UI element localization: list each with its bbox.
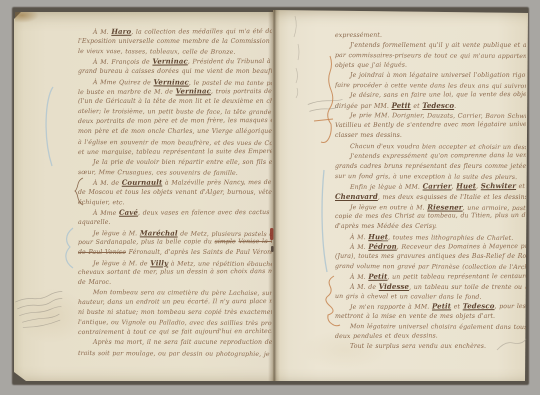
dark-speck — [271, 246, 274, 252]
pencil-note-illegible — [308, 99, 344, 111]
orange-crayon-line — [321, 56, 333, 143]
blue-crayon-bracket — [46, 87, 53, 166]
red-seal-speck — [270, 228, 273, 240]
margin-annotations — [0, 0, 540, 395]
orange-crayon-dash — [314, 119, 333, 121]
pencil-note-illegible — [15, 291, 67, 329]
blue-crayon-line — [322, 170, 327, 272]
photographed-manuscript: À M. Haro, la collection des médailles q… — [0, 0, 540, 395]
pencil-squiggle-bottom — [497, 339, 526, 350]
ink-brace — [75, 178, 83, 205]
blue-crayon-brace — [66, 228, 73, 268]
pencil-strokes-top-margin — [294, 16, 299, 98]
orange-crayon-bracket — [326, 276, 340, 326]
